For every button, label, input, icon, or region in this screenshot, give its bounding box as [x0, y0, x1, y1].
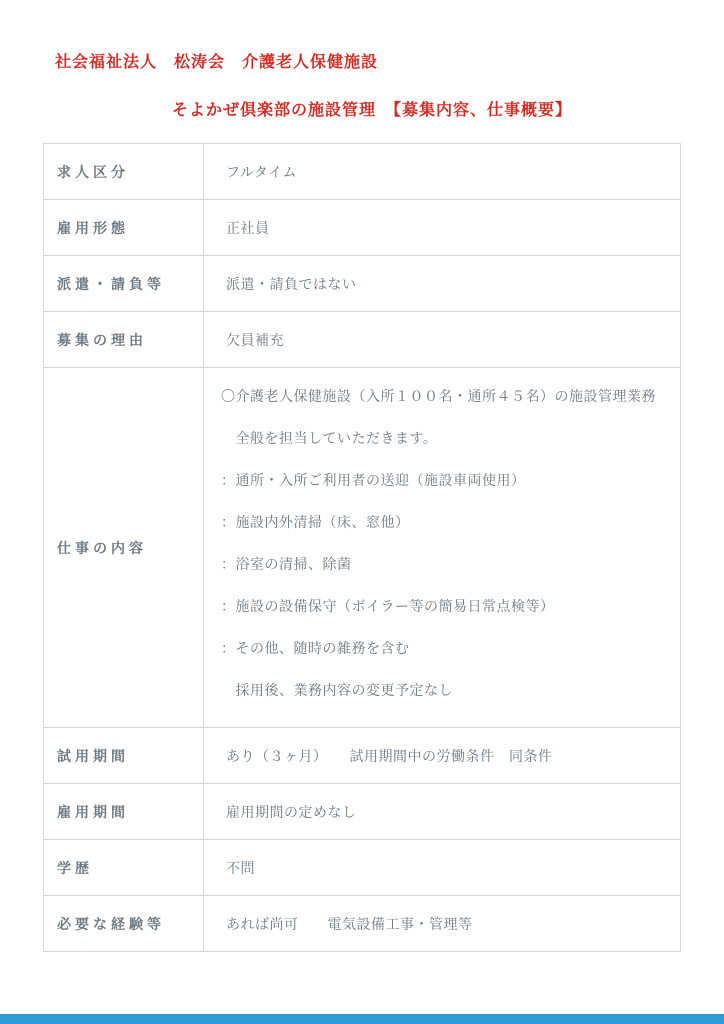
row-value: 雇用期間の定めなし	[204, 784, 681, 840]
table-row: 学歴 不問	[44, 840, 681, 896]
row-value: 派遣・請負ではない	[204, 256, 681, 312]
row-label: 求人区分	[44, 144, 204, 200]
row-value: あれば尚可 電気設備工事・管理等	[204, 896, 681, 952]
job-description-line: ：通所・入所ご利用者の送迎（施設車両使用）	[221, 459, 670, 501]
job-description-line: ：施設内外清掃（床、窓他）	[221, 501, 670, 543]
row-value: 正社員	[204, 200, 681, 256]
table-row-job-description: 仕事の内容 〇介護老人保健施設（入所１００名・通所４５名）の施設管理業務 全般を…	[44, 368, 681, 728]
row-label: 雇用形態	[44, 200, 204, 256]
row-value: 不問	[204, 840, 681, 896]
row-label: 雇用期間	[44, 784, 204, 840]
row-label: 試用期間	[44, 728, 204, 784]
footer-bar	[0, 1014, 724, 1024]
document-header: 社会福祉法人 松涛会 介護老人保健施設 そよかぜ倶楽部の施設管理 【募集内容、仕…	[0, 0, 724, 122]
job-description-line: ：浴室の清掃、除菌	[221, 543, 670, 585]
row-label: 派遣・請負等	[44, 256, 204, 312]
table-row: 求人区分 フルタイム	[44, 144, 681, 200]
table-row: 派遣・請負等 派遣・請負ではない	[44, 256, 681, 312]
row-label: 募集の理由	[44, 312, 204, 368]
job-posting-table: 求人区分 フルタイム 雇用形態 正社員 派遣・請負等 派遣・請負ではない 募集の…	[43, 143, 681, 952]
table-row: 募集の理由 欠員補充	[44, 312, 681, 368]
row-label: 必要な経験等	[44, 896, 204, 952]
row-value: フルタイム	[204, 144, 681, 200]
job-description-line: 〇介護老人保健施設（入所１００名・通所４５名）の施設管理業務	[221, 375, 670, 417]
table-row: 必要な経験等 あれば尚可 電気設備工事・管理等	[44, 896, 681, 952]
row-value: 欠員補充	[204, 312, 681, 368]
table-row: 雇用期間 雇用期間の定めなし	[44, 784, 681, 840]
job-description-line: 採用後、業務内容の変更予定なし	[221, 669, 670, 711]
job-description-line: ：施設の設備保守（ボイラー等の簡易日常点検等）	[221, 585, 670, 627]
row-label: 仕事の内容	[44, 368, 204, 728]
row-value: あり（３ヶ月） 試用期間中の労働条件 同条件	[204, 728, 681, 784]
row-label: 学歴	[44, 840, 204, 896]
table-row: 雇用形態 正社員	[44, 200, 681, 256]
job-description-line: 全般を担当していただきます。	[221, 417, 670, 459]
document-title-line2: そよかぜ倶楽部の施設管理 【募集内容、仕事概要】	[0, 100, 724, 122]
row-value-job-description: 〇介護老人保健施設（入所１００名・通所４５名）の施設管理業務 全般を担当していた…	[204, 368, 681, 728]
document-title-line1: 社会福祉法人 松涛会 介護老人保健施設	[55, 52, 724, 74]
table-row: 試用期間 あり（３ヶ月） 試用期間中の労働条件 同条件	[44, 728, 681, 784]
job-description-line: ：その他、随時の雑務を含む	[221, 627, 670, 669]
